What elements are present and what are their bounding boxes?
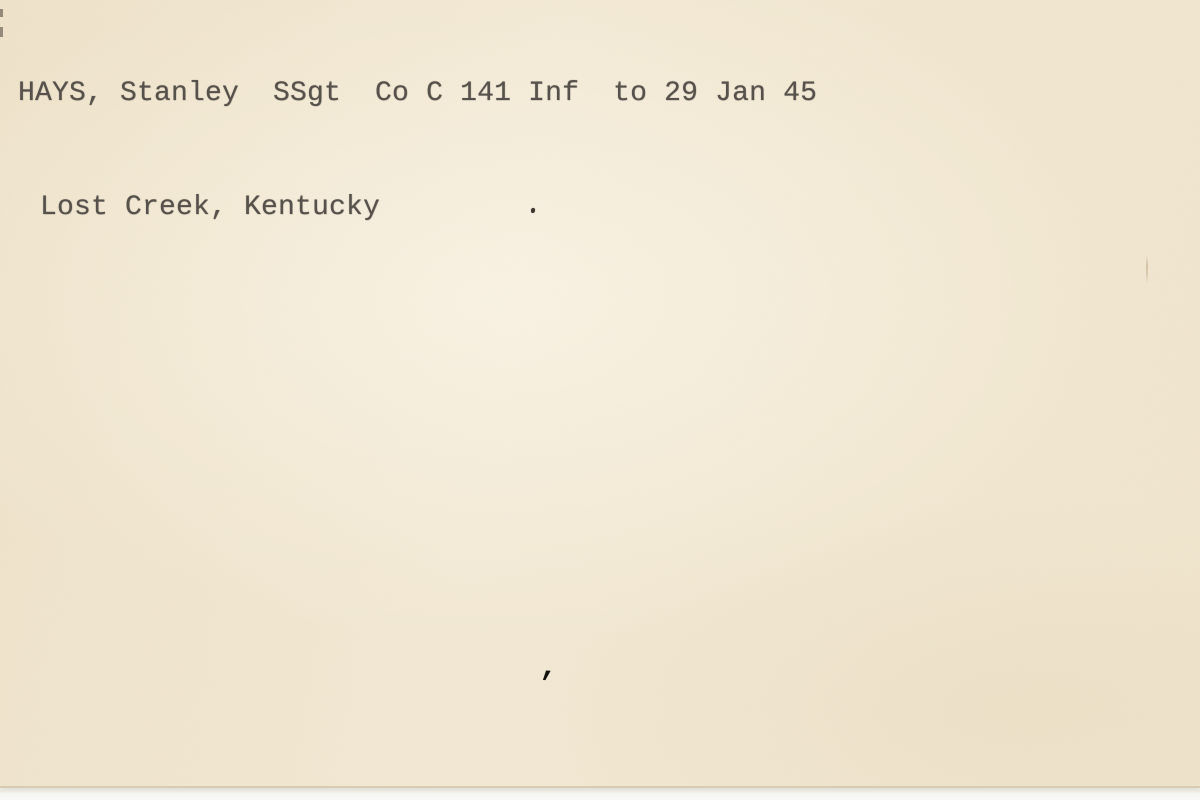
stray-comma-mark: , (539, 650, 559, 685)
scan-page: HAYS, Stanley SSgt Co C 141 Inf to 29 Ja… (0, 0, 1200, 800)
typed-line-hometown: Lost Creek, Kentucky (40, 189, 817, 227)
typed-text-block: HAYS, Stanley SSgt Co C 141 Inf to 29 Ja… (18, 0, 817, 303)
paper-fiber (1146, 255, 1148, 283)
typed-line-soldier-info: HAYS, Stanley SSgt Co C 141 Inf to 29 Ja… (18, 75, 817, 113)
index-card: HAYS, Stanley SSgt Co C 141 Inf to 29 Ja… (0, 0, 1200, 788)
scan-edge-artifact (0, 27, 3, 37)
scanner-background-strip (0, 790, 1200, 800)
scan-edge-artifact (0, 9, 3, 17)
